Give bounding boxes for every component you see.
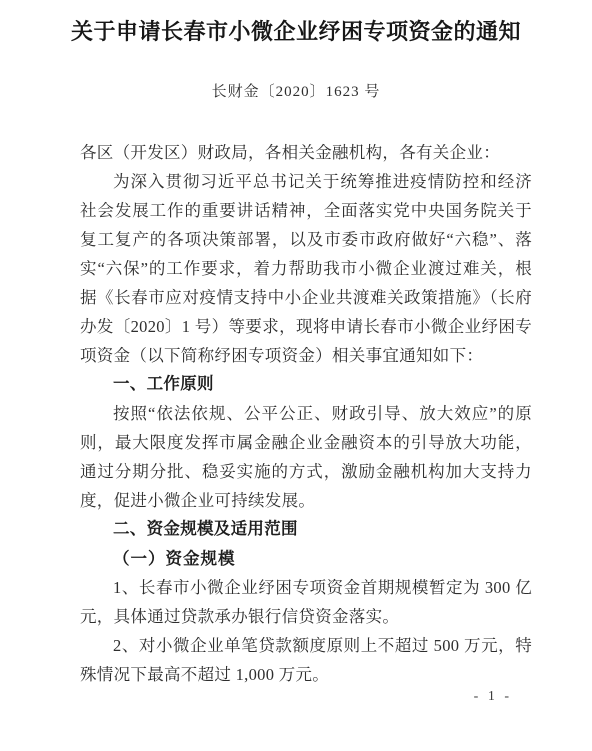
salutation-line: 各区（开发区）财政局，各相关金融机构，各有关企业： — [80, 138, 532, 167]
fund-scale-item-2: 2、对小微企业单笔贷款额度原则上不超过 500 万元，特殊情况下最高不超过 1,… — [80, 631, 532, 689]
intro-paragraph: 为深入贯彻习近平总书记关于统筹推进疫情防控和经济社会发展工作的重要讲话精神，全面… — [80, 167, 532, 370]
document-title: 关于申请长春市小微企业纾困专项资金的通知 — [60, 14, 532, 47]
section-1-paragraph: 按照“依法依规、公平公正、财政引导、放大效应”的原则，最大限度发挥市属金融企业金… — [80, 399, 532, 515]
section-2-heading: 二、资金规模及适用范围 — [80, 515, 532, 544]
document-body: 各区（开发区）财政局，各相关金融机构，各有关企业： 为深入贯彻习近平总书记关于统… — [60, 138, 532, 689]
section-1-heading: 一、工作原则 — [80, 370, 532, 399]
fund-scale-item-1: 1、长春市小微企业纾困专项资金首期规模暂定为 300 亿元，具体通过贷款承办银行… — [80, 573, 532, 631]
section-2-subheading: （一）资金规模 — [80, 544, 532, 573]
page-number: - 1 - — [474, 689, 512, 705]
document-page: 关于申请长春市小微企业纾困专项资金的通知 长财金〔2020〕1623 号 各区（… — [0, 0, 592, 751]
document-number: 长财金〔2020〕1623 号 — [60, 80, 532, 101]
